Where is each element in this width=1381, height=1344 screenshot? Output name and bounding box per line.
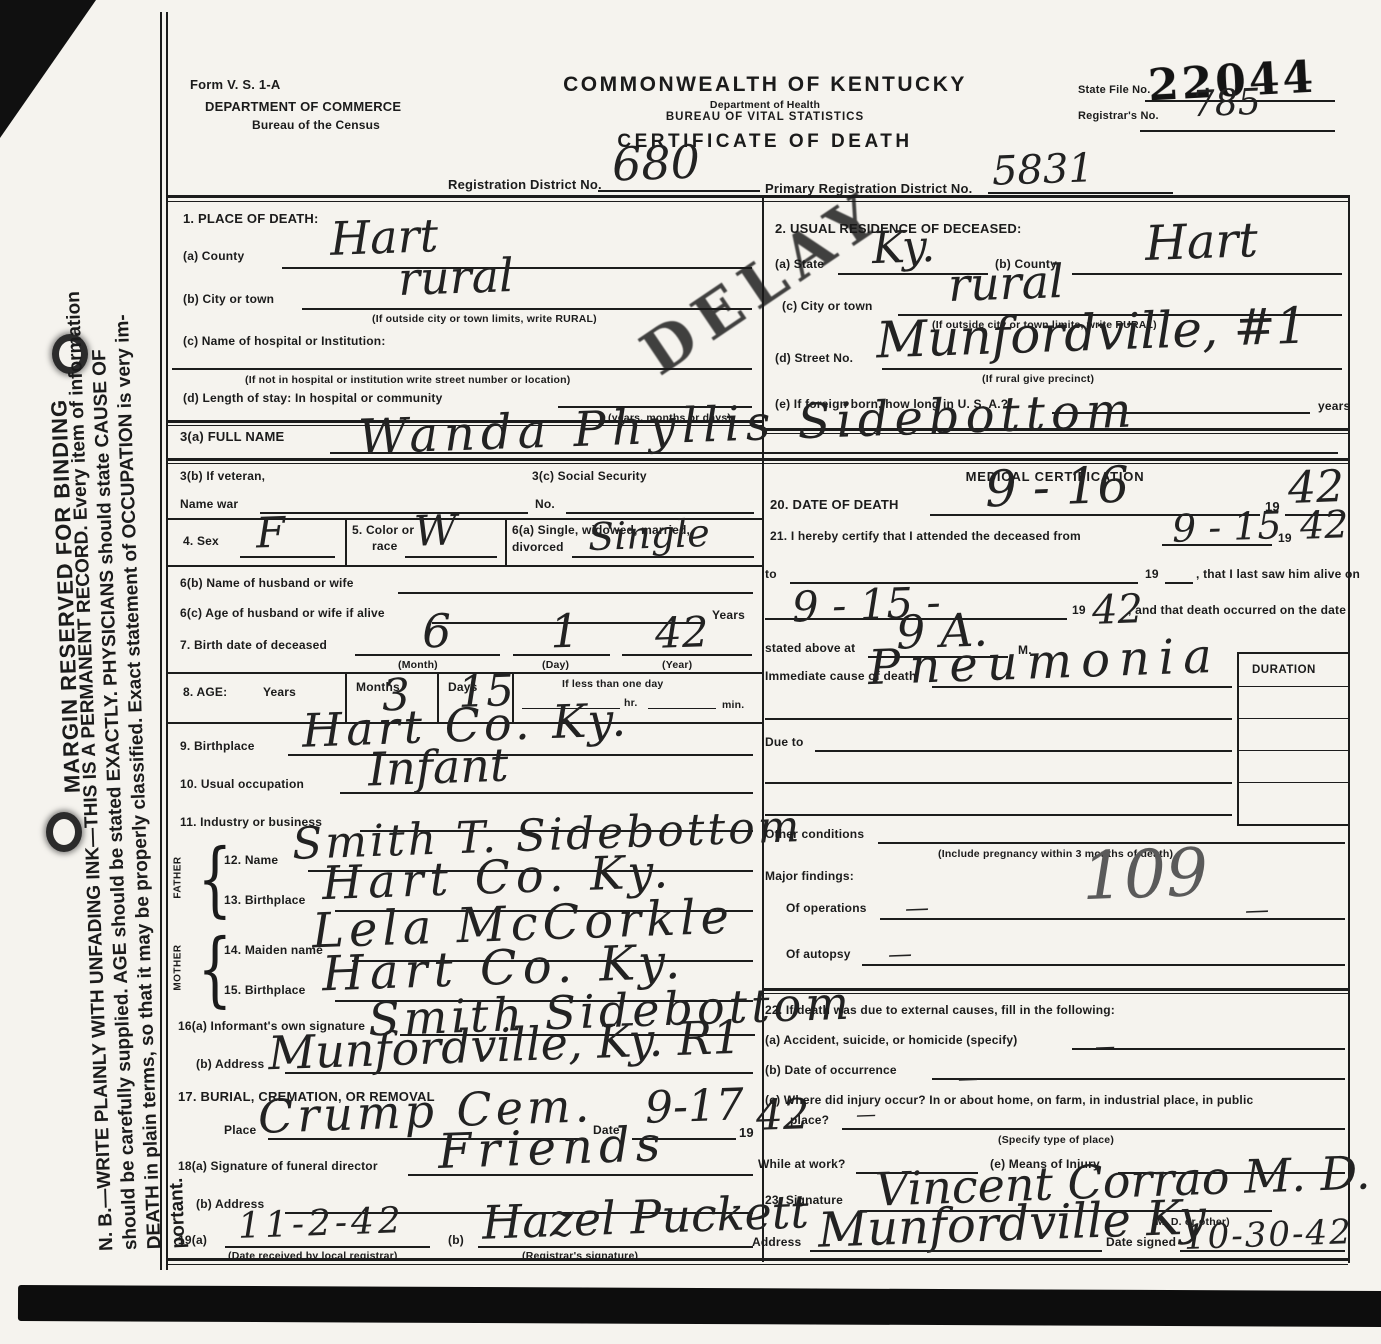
- hole-punch: [46, 812, 82, 852]
- res-foreign-suffix: years: [1318, 400, 1350, 414]
- other-conditions-label: Other conditions: [765, 828, 864, 842]
- date-signed-value: 10-30-42: [1183, 1215, 1353, 1255]
- operations-value: 109: [1081, 840, 1209, 910]
- primary-district-value: 5831: [991, 148, 1094, 192]
- pod-city-label: (b) City or town: [183, 293, 274, 307]
- age-label: 8. AGE:: [183, 686, 227, 700]
- registrar-no-value: 785: [1191, 85, 1261, 123]
- immediate-cause-value: Pneumonia: [867, 632, 1221, 692]
- registrar-b-label: (b): [448, 1234, 464, 1248]
- birthdate-day-value: 1: [549, 608, 580, 655]
- spouse-age-label: 6(c) Age of husband or wife if alive: [180, 607, 385, 621]
- occupation-label: 10. Usual occupation: [180, 778, 304, 792]
- injury-where-dash: —: [856, 1104, 877, 1125]
- operations-dash-right: —: [1245, 898, 1270, 923]
- full-name-label: 3(a) FULL NAME: [180, 430, 284, 445]
- birthdate-day-hint: (Day): [542, 659, 569, 671]
- funeral-director-value: Friends: [437, 1120, 667, 1176]
- accident-dash: —: [1095, 1036, 1116, 1057]
- dept-health-subtitle: Department of Health: [555, 99, 975, 111]
- father-birthplace-label: 13. Birthplace: [224, 894, 306, 908]
- bureau-vital-subtitle: BUREAU OF VITAL STATISTICS: [555, 111, 975, 124]
- stated-above-label: stated above at: [765, 642, 855, 656]
- registrar-19a-label: 19(a): [178, 1234, 207, 1248]
- date-signed-label: Date signed: [1106, 1236, 1176, 1250]
- due-to-label: Due to: [765, 736, 804, 750]
- occupation-value: Infant: [367, 742, 509, 793]
- autopsy-dash: —: [888, 942, 913, 967]
- informant-address-value: Munfordville, Ky. R1: [267, 1014, 742, 1076]
- duration-label: DURATION: [1252, 664, 1316, 677]
- burial-place-label: Place: [224, 1124, 256, 1138]
- injury-where-label1: (c) Where did injury occur? In or about …: [765, 1094, 1253, 1108]
- department-name: DEPARTMENT OF COMMERCE: [205, 100, 401, 115]
- while-at-work-label: While at work?: [758, 1158, 845, 1172]
- autopsy-label: Of autopsy: [786, 948, 851, 962]
- injury-where-hint: (Specify type of place): [998, 1134, 1114, 1146]
- registrar-date-hint: (Date received by local registrar): [228, 1250, 398, 1262]
- certify-line3: , and that death occurred on the date: [1128, 604, 1346, 618]
- age-years-label: Years: [263, 686, 296, 700]
- pod-hospital-label: (c) Name of hospital or Institution:: [183, 335, 386, 349]
- mother-name-label: 14. Maiden name: [224, 944, 323, 958]
- name-war-label: Name war: [180, 498, 238, 512]
- death-certificate-scan: MARGIN RESERVED FOR BINDING N. B.—WRITE …: [0, 0, 1381, 1344]
- husband-wife-label: 6(b) Name of husband or wife: [180, 577, 354, 591]
- pod-city-value: rural: [397, 252, 514, 302]
- bureau-name: Bureau of the Census: [252, 119, 380, 133]
- birthdate-year-value: 42: [654, 611, 709, 655]
- marital-label2: divorced: [512, 541, 564, 555]
- color-race-value: W: [413, 509, 458, 552]
- color-race-label: 5. Color or: [352, 524, 414, 538]
- birthdate-year-hint: (Year): [662, 659, 692, 671]
- res-street-hint: (If rural give precinct): [982, 373, 1094, 385]
- pod-county-label: (a) County: [183, 250, 244, 264]
- sex-value: F: [255, 512, 286, 555]
- date-of-death-value: 9 - 16: [984, 460, 1130, 515]
- scan-bottom-band: [18, 1285, 1381, 1327]
- registrar-signature-hint: (Registrar's signature): [522, 1250, 638, 1262]
- to-year-prefix: 19: [1145, 568, 1159, 582]
- veteran-label: 3(b) If veteran,: [180, 470, 265, 484]
- father-name-label: 12. Name: [224, 854, 278, 868]
- funeral-director-label: 18(a) Signature of funeral director: [178, 1160, 378, 1174]
- place-of-death-title: 1. PLACE OF DEATH:: [183, 212, 319, 227]
- mother-birthplace-label: 15. Birthplace: [224, 984, 306, 998]
- ssn-label: 3(c) Social Security: [532, 470, 647, 484]
- father-side-label: FATHER: [173, 848, 184, 908]
- registrar-no-label: Registrar's No.: [1078, 110, 1159, 123]
- res-street-label: (d) Street No.: [775, 352, 853, 366]
- physician-address-label: Address: [752, 1236, 801, 1250]
- registration-district-label: Registration District No.: [448, 178, 602, 193]
- registration-district-value: 680: [611, 138, 700, 187]
- pod-hospital-hint: (If not in hospital or institution write…: [245, 374, 570, 386]
- occurrence-dash: —: [958, 1068, 979, 1089]
- full-name-value: Wanda Phyllis Sidebottom: [357, 386, 1138, 461]
- major-findings-label: Major findings:: [765, 870, 854, 884]
- color-race-label2: race: [372, 540, 398, 554]
- res-city-value: rural: [947, 258, 1064, 308]
- sex-label: 4. Sex: [183, 535, 219, 549]
- marital-value: Single: [587, 514, 710, 556]
- burial-year-prefix: 19: [739, 1126, 754, 1141]
- age-less-label: If less than one day: [562, 678, 663, 690]
- spouse-age-suffix: Years: [712, 609, 745, 623]
- occurrence-label: (b) Date of occurrence: [765, 1064, 897, 1078]
- binding-margin-note: N. B.—WRITE PLAINLY WITH UNFADING INK—TH…: [55, 79, 192, 1252]
- commonwealth-title: COMMONWEALTH OF KENTUCKY: [555, 73, 975, 97]
- birthplace-label: 9. Birthplace: [180, 740, 255, 754]
- mother-side-label: MOTHER: [173, 938, 184, 998]
- age-min-label: min.: [722, 699, 744, 711]
- operations-dash-left: —: [905, 896, 930, 921]
- injury-where-label2: place?: [790, 1114, 829, 1128]
- attended-year-prefix: 19: [1278, 532, 1292, 546]
- attended-year-value: 42: [1299, 505, 1349, 545]
- birthdate-month-value: 6: [421, 608, 452, 655]
- to-label: to: [765, 568, 777, 582]
- registrar-date-value: 11-2-42: [237, 1203, 405, 1245]
- certify-line1: 21. I hereby certify that I attended the…: [770, 530, 1081, 544]
- external-causes-title: 22. If death was due to external causes,…: [765, 1004, 1115, 1018]
- pod-city-hint: (If outside city or town limits, write R…: [372, 313, 597, 325]
- date-of-death-label: 20. DATE OF DEATH: [770, 498, 899, 513]
- birthdate-label: 7. Birth date of deceased: [180, 639, 327, 653]
- state-file-label: State File No.: [1078, 84, 1150, 97]
- ssn-no-label: No.: [535, 498, 555, 512]
- last-saw-year-prefix: 19: [1072, 604, 1086, 618]
- certify-line2: , that I last saw him alive on: [1196, 568, 1360, 582]
- res-street-value: Munfordville, #1: [875, 300, 1308, 365]
- accident-label: (a) Accident, suicide, or homicide (spec…: [765, 1034, 1017, 1048]
- attended-from-value: 9 - 15: [1171, 506, 1282, 548]
- pod-stay-label: (d) Length of stay: In hospital or commu…: [183, 392, 442, 406]
- form-number: Form V. S. 1-A: [190, 78, 280, 93]
- informant-address-label: (b) Address: [196, 1058, 264, 1072]
- operations-label: Of operations: [786, 902, 867, 916]
- res-county-value: Hart: [1144, 216, 1258, 268]
